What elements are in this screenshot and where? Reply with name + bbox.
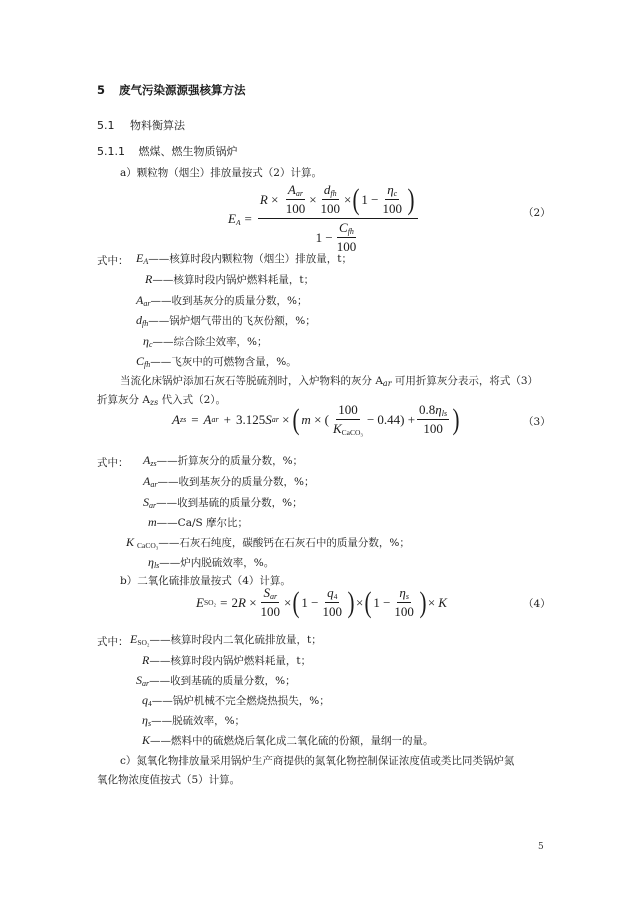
definition-row: Aar——收到基灰分的质量分数，%； <box>143 474 314 489</box>
where-label: 式中： <box>97 634 129 649</box>
item-c-line1: c）氮氧化物排放量采用锅炉生产商提供的氮氧化物控制保证浓度值或类比同类锅炉氮 <box>120 753 514 768</box>
equation-2: EA = R × Aar100 × dfh100 × (1 − ηc100 ) … <box>228 182 420 255</box>
definition-row: ηc——综合除尘效率，%； <box>143 334 268 349</box>
page-number: 5 <box>538 842 544 852</box>
definition-row: q4——锅炉机械不完全燃烧热损失，%； <box>142 693 330 708</box>
equation-3: Azs = Aar + 3.125Sar × ( m × ( 100KCaCO₃… <box>172 402 461 437</box>
definition-row: Sar——收到基硫的质量分数，%； <box>136 673 296 688</box>
subsection-heading: 5.1 物料衡算法 <box>97 117 185 133</box>
equation-number-3: （3） <box>523 414 551 429</box>
section-number: 5 <box>97 83 105 97</box>
section-heading: 5 废气污染源源强核算方法 <box>97 82 246 98</box>
subsection-title: 物料衡算法 <box>130 119 185 132</box>
definition-row: K CaCO₃——石灰石纯度，碳酸钙在石灰石中的质量分数，%； <box>126 535 410 550</box>
where-label: 式中： <box>97 253 129 268</box>
definition-row: Azs——折算灰分的质量分数，%； <box>143 453 303 468</box>
item-a-text: a）颗粒物（烟尘）排放量按式（2）计算。 <box>120 165 322 180</box>
equation-number-4: （4） <box>523 596 551 611</box>
definition-row: dfh——锅炉烟气带出的飞灰份额，%； <box>136 313 316 328</box>
definition-row: ESO₂——核算时段内二氧化硫排放量，t； <box>130 632 322 647</box>
equation-4: ESO₂ = 2R × Sar100 × (1 − q4100 )× (1 − … <box>196 585 447 620</box>
definition-row: EA——核算时段内颗粒物（烟尘）排放量，t； <box>136 251 352 266</box>
equation-number-2: （2） <box>523 205 551 220</box>
subsubsection-title: 燃煤、燃生物质锅炉 <box>139 145 238 158</box>
subsubsection-number: 5.1.1 <box>97 145 125 158</box>
subsection-number: 5.1 <box>97 119 115 132</box>
definition-row: Sar——收到基硫的质量分数，%； <box>143 495 303 510</box>
section-title: 废气污染源源强核算方法 <box>119 83 246 97</box>
subsubsection-heading: 5.1.1 燃煤、燃生物质锅炉 <box>97 143 238 159</box>
definition-row: m——Ca/S 摩尔比； <box>148 515 248 530</box>
definition-row: Aar——收到基灰分的质量分数，%； <box>136 293 307 308</box>
definition-row: R——核算时段内锅炉燃料耗量，t； <box>145 272 314 287</box>
where-label: 式中： <box>97 455 129 470</box>
cfb-paragraph-line1: 当流化床锅炉添加石灰石等脱硫剂时，入炉物料的灰分 Aar 可用折算灰分表示，将式… <box>120 373 538 388</box>
definition-row: K——燃料中的硫燃烧后氧化成二氧化硫的份额，量纲一的量。 <box>142 733 434 748</box>
definition-row: R——核算时段内锅炉燃料耗量，t； <box>142 653 311 668</box>
definition-row: ηs——脱硫效率，%； <box>142 713 245 728</box>
definition-row: ηls——炉内脱硫效率，%。 <box>148 555 274 570</box>
definition-row: Cfh——飞灰中的可燃物含量，%。 <box>136 354 297 369</box>
item-c-line2: 氧化物浓度值按式（5）计算。 <box>97 772 240 787</box>
